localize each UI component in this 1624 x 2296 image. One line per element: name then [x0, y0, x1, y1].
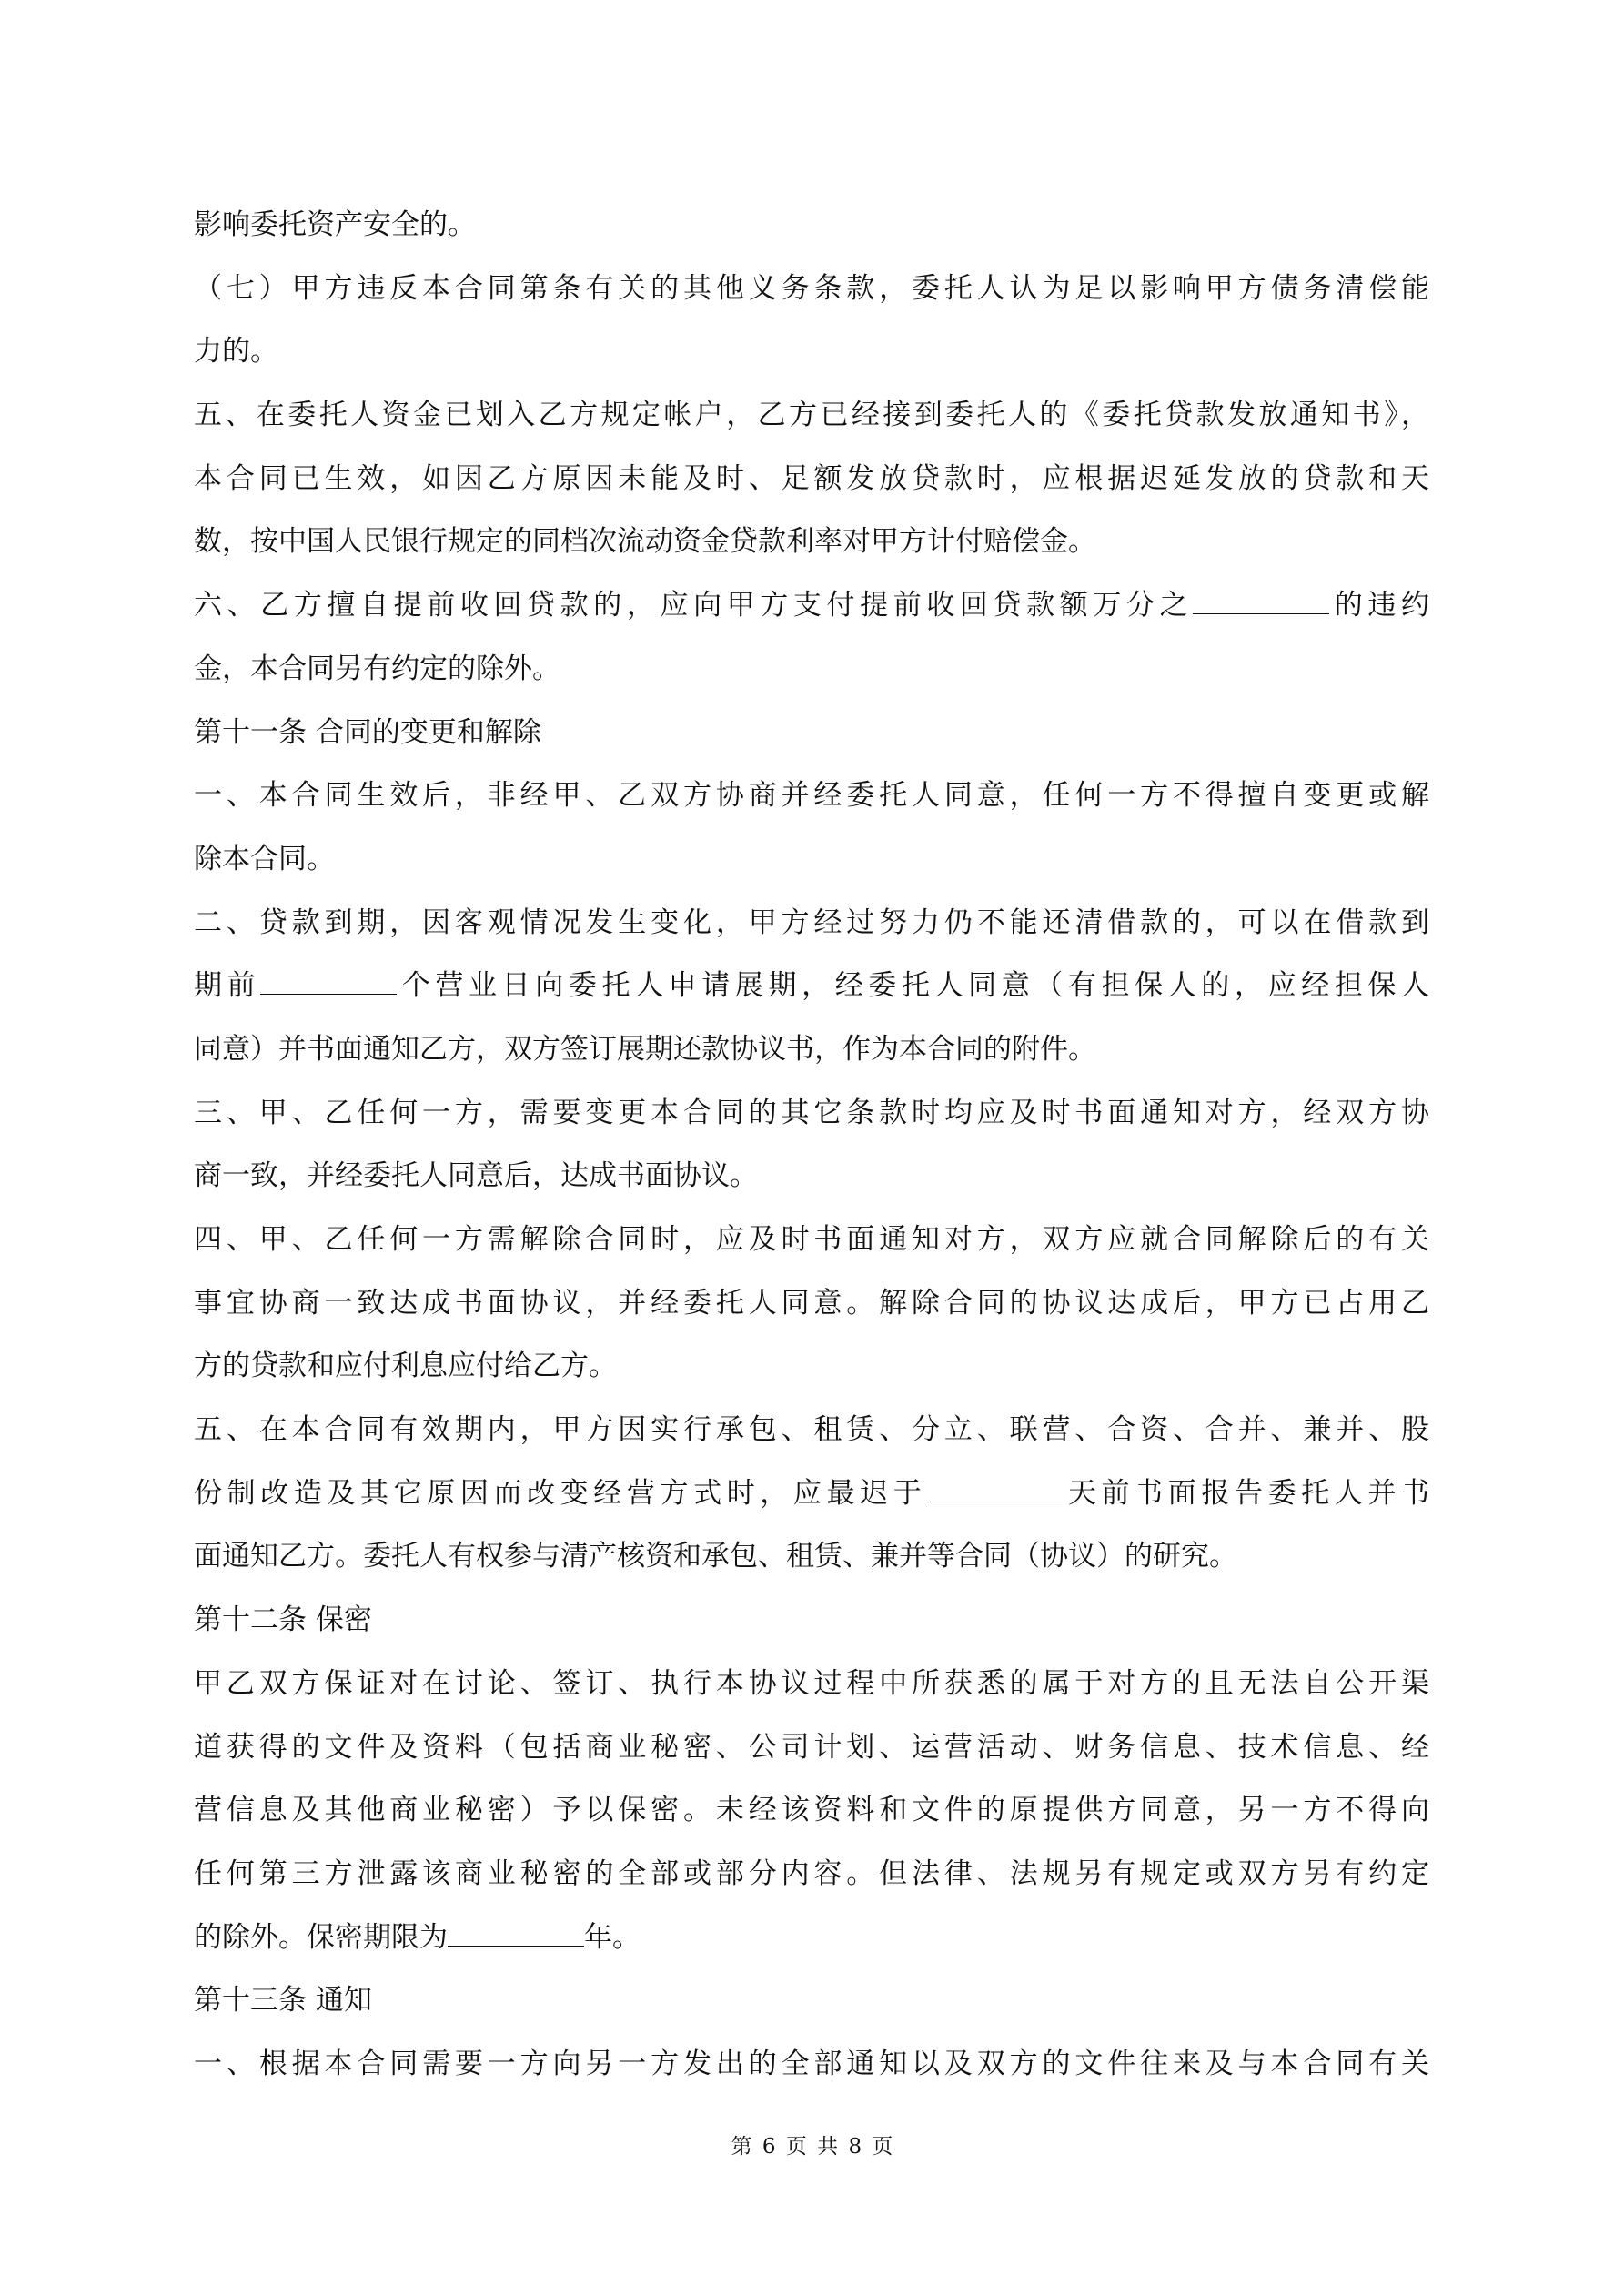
text-segment: 金，本合同另有约定的除外。	[194, 652, 560, 685]
text-line: 第十三条 通知	[194, 1969, 1429, 2033]
text-segment: 面通知乙方。委托人有权参与清产核资和承包、租赁、兼并等合同（协议）的研究。	[194, 1540, 1237, 1573]
text-line: 期前个营业日向委托人申请展期，经委托人同意（有担保人的，应经担保人	[194, 955, 1429, 1018]
text-segment: 四、甲、乙任何一方需解除合同时，应及时书面通知对方，双方应就合同解除后的有关	[194, 1223, 1429, 1256]
text-line: 三、甲、乙任何一方，需要变更本合同的其它条款时均应及时书面通知对方，经双方协	[194, 1082, 1429, 1146]
text-line: 方的贷款和应付利息应付给乙方。	[194, 1335, 1429, 1399]
text-segment: 除本合同。	[194, 843, 335, 875]
text-segment: 的违约	[1329, 589, 1429, 622]
text-line: 数，按中国人民银行规定的同档次流动资金贷款利率对甲方计付赔偿金。	[194, 511, 1429, 574]
text-segment: 第十一条 合同的变更和解除	[194, 716, 541, 749]
text-segment: 天前书面报告委托人并书	[1063, 1477, 1429, 1510]
text-segment: 同意）并书面通知乙方，双方签订展期还款协议书，作为本合同的附件。	[194, 1033, 1096, 1066]
text-segment: 本合同已生效，如因乙方原因未能及时、足额发放贷款时，应根据迟延发放的贷款和天	[194, 462, 1429, 495]
text-line: 五、在本合同有效期内，甲方因实行承包、租赁、分立、联营、合资、合并、兼并、股	[194, 1399, 1429, 1462]
text-line: 四、甲、乙任何一方需解除合同时，应及时书面通知对方，双方应就合同解除后的有关	[194, 1209, 1429, 1272]
text-segment: 的除外。保密期限为	[194, 1921, 448, 1954]
text-segment: 力的。	[194, 335, 278, 368]
text-segment: 数，按中国人民银行规定的同档次流动资金贷款利率对甲方计付赔偿金。	[194, 525, 1096, 558]
text-segment: 六、乙方擅自提前收回贷款的，应向甲方支付提前收回贷款额万分之	[194, 589, 1193, 622]
text-segment: 商一致，并经委托人同意后，达成书面协议。	[194, 1159, 758, 1192]
text-line: 一、根据本合同需要一方向另一方发出的全部通知以及双方的文件往来及与本合同有关	[194, 2033, 1429, 2097]
text-line: 六、乙方擅自提前收回贷款的，应向甲方支付提前收回贷款额万分之的违约	[194, 574, 1429, 638]
text-line: 商一致，并经委托人同意后，达成书面协议。	[194, 1145, 1429, 1209]
text-segment: 一、根据本合同需要一方向另一方发出的全部通知以及双方的文件往来及与本合同有关	[194, 2048, 1429, 2080]
text-line: 除本合同。	[194, 828, 1429, 892]
text-segment: 二、贷款到期，因客观情况发生变化，甲方经过努力仍不能还清借款的，可以在借款到	[194, 906, 1429, 939]
text-line: 事宜协商一致达成书面协议，并经委托人同意。解除合同的协议达成后，甲方已占用乙	[194, 1272, 1429, 1336]
text-line: 五、在委托人资金已划入乙方规定帐户，乙方已经接到委托人的《委托贷款发放通知书》，	[194, 384, 1429, 448]
text-segment: 一、本合同生效后，非经甲、乙双方协商并经委托人同意，任何一方不得擅自变更或解	[194, 779, 1429, 812]
text-line: 影响委托资产安全的。	[194, 194, 1429, 258]
text-segment: 方的贷款和应付利息应付给乙方。	[194, 1350, 617, 1382]
text-segment: 事宜协商一致达成书面协议，并经委托人同意。解除合同的协议达成后，甲方已占用乙	[194, 1287, 1429, 1320]
text-line: 份制改造及其它原因而改变经营方式时，应最迟于天前书面报告委托人并书	[194, 1462, 1429, 1526]
text-line: 本合同已生效，如因乙方原因未能及时、足额发放贷款时，应根据迟延发放的贷款和天	[194, 448, 1429, 511]
text-segment: 影响委托资产安全的。	[194, 208, 476, 241]
text-segment: 任何第三方泄露该商业秘密的全部或部分内容。但法律、法规另有规定或双方另有约定	[194, 1857, 1429, 1890]
text-line: 同意）并书面通知乙方，双方签订展期还款协议书，作为本合同的附件。	[194, 1018, 1429, 1082]
text-line: 任何第三方泄露该商业秘密的全部或部分内容。但法律、法规另有规定或双方另有约定	[194, 1843, 1429, 1907]
text-segment: 个营业日向委托人申请展期，经委托人同意（有担保人的，应经担保人	[397, 969, 1429, 1002]
text-segment: 份制改造及其它原因而改变经营方式时，应最迟于	[194, 1477, 926, 1510]
text-segment: 期前	[194, 969, 260, 1002]
text-segment: （七）甲方违反本合同第条有关的其他义务条款，委托人认为足以影响甲方债务清偿能	[194, 272, 1429, 305]
fill-in-blank	[448, 1945, 584, 1947]
page-footer: 第 6 页 共 8 页	[0, 2129, 1624, 2159]
text-segment: 道获得的文件及资料（包括商业秘密、公司计划、运营活动、财务信息、技术信息、经	[194, 1731, 1429, 1764]
text-line: 二、贷款到期，因客观情况发生变化，甲方经过努力仍不能还清借款的，可以在借款到	[194, 892, 1429, 956]
text-line: 的除外。保密期限为年。	[194, 1907, 1429, 1970]
text-segment: 营信息及其他商业秘密）予以保密。未经该资料和文件的原提供方同意，另一方不得向	[194, 1794, 1429, 1826]
text-line: 一、本合同生效后，非经甲、乙双方协商并经委托人同意，任何一方不得擅自变更或解	[194, 764, 1429, 828]
text-line: （七）甲方违反本合同第条有关的其他义务条款，委托人认为足以影响甲方债务清偿能	[194, 258, 1429, 321]
text-segment: 第十三条 通知	[194, 1984, 372, 2017]
text-line: 面通知乙方。委托人有权参与清产核资和承包、租赁、兼并等合同（协议）的研究。	[194, 1525, 1429, 1589]
document-page: 影响委托资产安全的。（七）甲方违反本合同第条有关的其他义务条款，委托人认为足以影…	[0, 0, 1624, 2296]
fill-in-blank	[1193, 612, 1329, 614]
text-segment: 五、在委托人资金已划入乙方规定帐户，乙方已经接到委托人的《委托贷款发放通知书》，	[194, 399, 1429, 431]
text-segment: 年。	[584, 1921, 641, 1954]
text-line: 力的。	[194, 320, 1429, 384]
text-segment: 五、在本合同有效期内，甲方因实行承包、租赁、分立、联营、合资、合并、兼并、股	[194, 1413, 1429, 1446]
text-segment: 三、甲、乙任何一方，需要变更本合同的其它条款时均应及时书面通知对方，经双方协	[194, 1097, 1429, 1129]
text-segment: 第十二条 保密	[194, 1603, 372, 1636]
document-body: 影响委托资产安全的。（七）甲方违反本合同第条有关的其他义务条款，委托人认为足以影…	[194, 194, 1429, 2097]
text-line: 第十一条 合同的变更和解除	[194, 702, 1429, 765]
text-line: 甲乙双方保证对在讨论、签订、执行本协议过程中所获悉的属于对方的且无法自公开渠	[194, 1653, 1429, 1716]
text-line: 金，本合同另有约定的除外。	[194, 638, 1429, 702]
text-line: 第十二条 保密	[194, 1589, 1429, 1653]
text-line: 道获得的文件及资料（包括商业秘密、公司计划、运营活动、财务信息、技术信息、经	[194, 1716, 1429, 1780]
fill-in-blank	[926, 1501, 1063, 1502]
text-line: 营信息及其他商业秘密）予以保密。未经该资料和文件的原提供方同意，另一方不得向	[194, 1779, 1429, 1843]
fill-in-blank	[260, 993, 397, 995]
text-segment: 甲乙双方保证对在讨论、签订、执行本协议过程中所获悉的属于对方的且无法自公开渠	[194, 1667, 1429, 1700]
